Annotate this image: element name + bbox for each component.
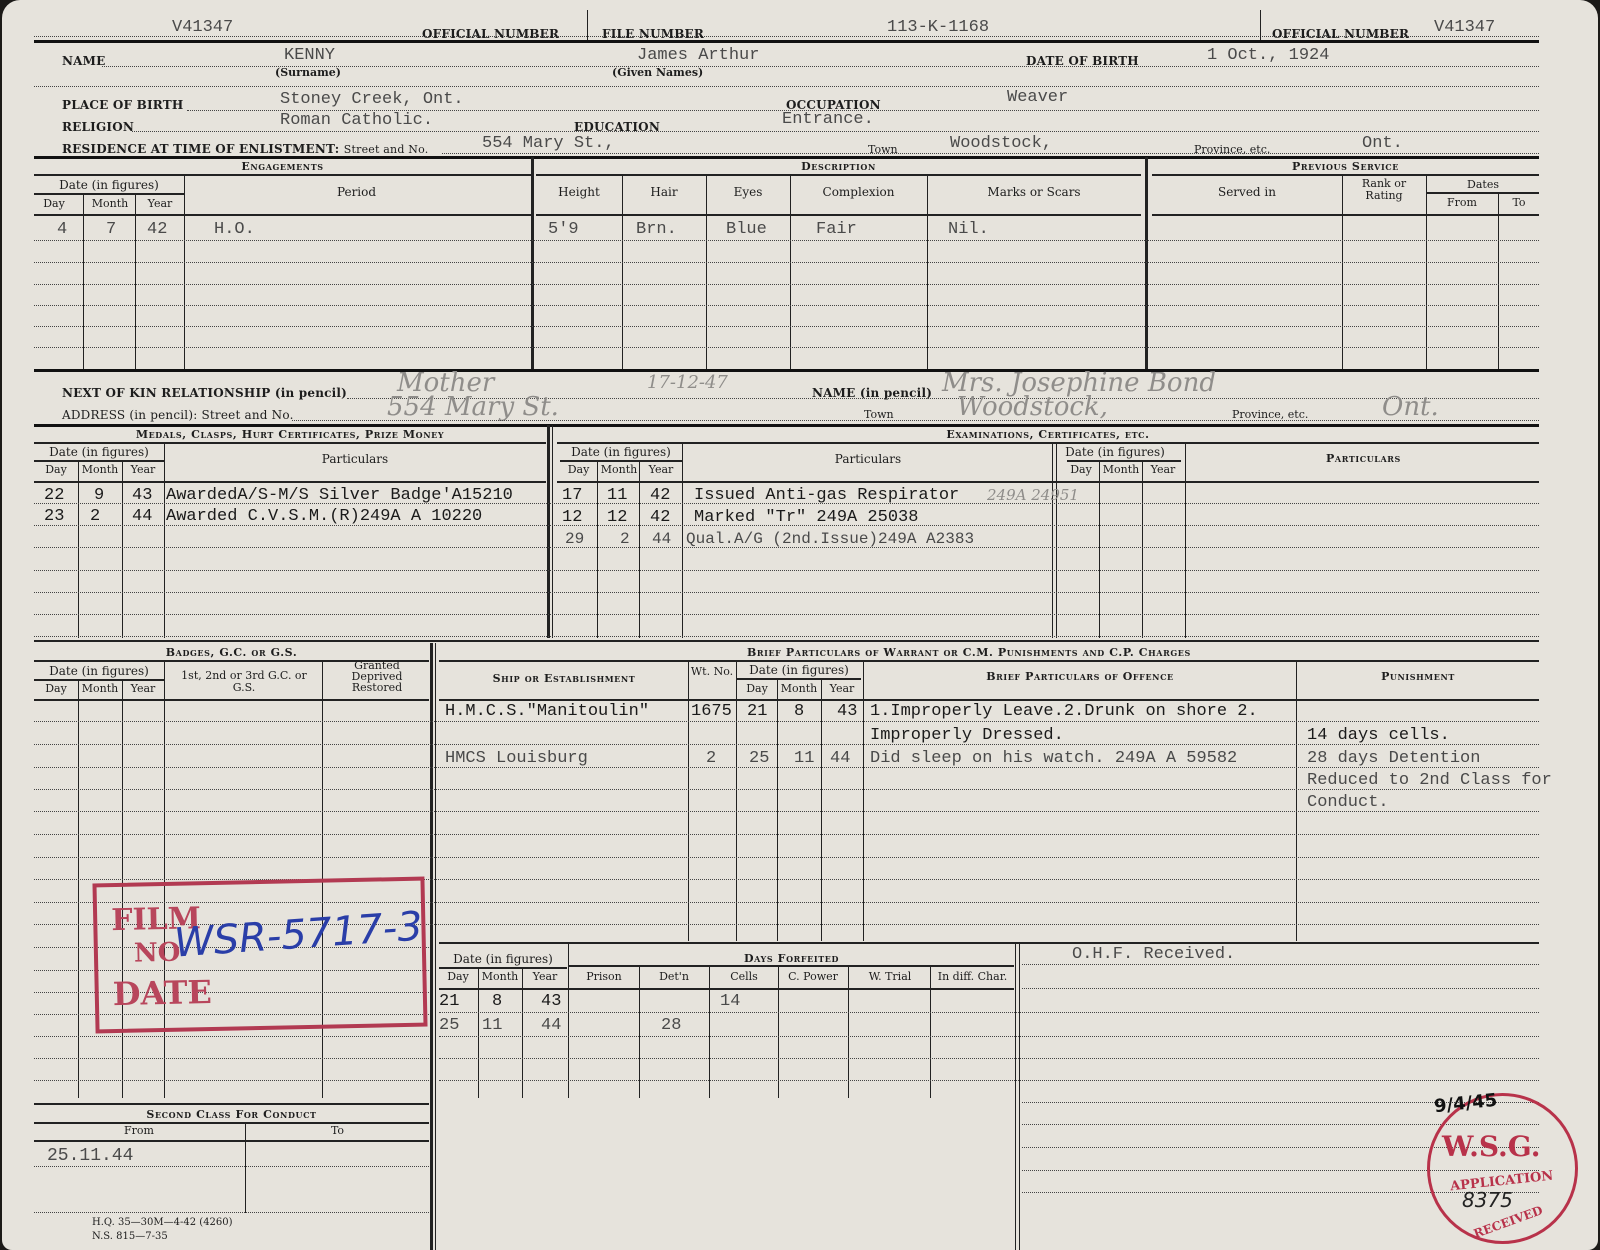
- badges-day-header: Day: [34, 682, 78, 695]
- education: Entrance.: [782, 110, 874, 129]
- engagement-day: 4: [57, 220, 67, 239]
- punishment-row-1-offence-1: 1.Improperly Leave.2.Drunk on shore 2.: [870, 702, 1258, 721]
- second-class-from-label: From: [34, 1124, 244, 1137]
- exam-particulars-header: Particulars: [684, 452, 1052, 466]
- forfeit-date-label: Date (in figures): [439, 952, 567, 966]
- second-class-title: Second Class For Conduct: [34, 1108, 429, 1121]
- medal-row-2-month: 2: [90, 507, 100, 526]
- medal-row-2-particulars: Awarded C.V.S.M.(R)249A A 10220: [166, 507, 482, 526]
- complexion-header: Complexion: [790, 185, 927, 199]
- residence-province: Ont.: [1362, 134, 1403, 153]
- forfeit-row-2-year: 44: [541, 1016, 561, 1035]
- offence-header: Brief Particulars of Offence: [865, 670, 1295, 683]
- exam2-particulars-header: Particulars: [1188, 452, 1539, 465]
- eyes-value: Blue: [726, 220, 767, 239]
- hair-header: Hair: [622, 185, 706, 199]
- days-forfeited-title: Days Forfeited: [569, 952, 1014, 965]
- date-of-birth: 1 Oct., 1924: [1207, 46, 1329, 65]
- engagements-year-header: Year: [136, 197, 184, 210]
- from-header: From: [1427, 196, 1497, 209]
- place-of-birth-label: PLACE OF BIRTH: [62, 98, 183, 112]
- punishment-row-1-ship: H.M.C.S."Manitoulin": [445, 702, 649, 721]
- punishment-day-header: Day: [737, 682, 777, 695]
- exam2-year-header: Year: [1142, 463, 1184, 476]
- badges-gc-header: 1st, 2nd or 3rd G.C. or G.S.: [174, 670, 314, 694]
- punishment-row-2-punishment-1: 28 days Detention: [1307, 749, 1480, 768]
- medal-row-2-day: 23: [44, 507, 64, 526]
- punishment-row-2-punishment-2: Reduced to 2nd Class for: [1307, 771, 1552, 790]
- exam-year-header: Year: [640, 463, 682, 476]
- engagements-period-header: Period: [184, 185, 529, 199]
- forfeit-row-1-month: 8: [492, 992, 502, 1011]
- exam-day-header: Day: [560, 463, 597, 476]
- medals-month-header: Month: [78, 463, 122, 476]
- forfeit-month-header: Month: [479, 970, 521, 983]
- punishment-row-1-wt: 1675: [691, 702, 732, 721]
- medals-particulars-header: Particulars: [164, 452, 546, 466]
- nok-date-note: 17-12-47: [647, 372, 728, 393]
- residence-province-label: Province, etc.: [1194, 143, 1270, 156]
- engagement-month: 7: [106, 220, 116, 239]
- punishment-row-2-punishment-3: Conduct.: [1307, 793, 1389, 812]
- dates-header: Dates: [1427, 178, 1539, 191]
- forfeit-row-1-year: 43: [541, 992, 561, 1011]
- official-number-label: OFFICIAL NUMBER: [422, 27, 559, 41]
- form-number-2: N.S. 815—7-35: [92, 1231, 168, 1242]
- hair-value: Brn.: [636, 220, 677, 239]
- given-names: James Arthur: [637, 46, 759, 65]
- file-number-label: FILE NUMBER: [602, 27, 704, 41]
- wt-header: Wt. No.: [690, 666, 734, 678]
- exam-row-3-day: 29: [565, 530, 584, 548]
- second-class-to-label: To: [246, 1124, 429, 1137]
- ship-header: Ship or Establishment: [439, 672, 689, 685]
- nok-street: 554 Mary St.: [387, 392, 559, 422]
- punishment-row-2-day: 25: [749, 749, 769, 768]
- punishment-header: Punishment: [1297, 670, 1539, 683]
- official-number-right: V41347: [1434, 18, 1495, 37]
- w-trial-header: W. Trial: [849, 970, 931, 983]
- marks-value: Nil.: [948, 220, 989, 239]
- nok-address-label: ADDRESS (in pencil): Street and No.: [62, 408, 294, 422]
- exam-month-header: Month: [598, 463, 640, 476]
- cells-header: Cells: [709, 970, 779, 983]
- official-number-right-label: OFFICIAL NUMBER: [1272, 27, 1409, 41]
- marks-header: Marks or Scars: [927, 185, 1141, 199]
- engagement-year: 42: [147, 220, 167, 239]
- exam-date-label: Date (in figures): [560, 445, 682, 459]
- complexion-value: Fair: [816, 220, 857, 239]
- forfeit-row-2-day: 25: [439, 1016, 459, 1035]
- forfeit-row-2-month: 11: [482, 1016, 502, 1035]
- medal-row-2-year: 44: [132, 507, 152, 526]
- medals-day-header: Day: [34, 463, 78, 476]
- nok-relationship-label: NEXT OF KIN RELATIONSHIP (in pencil): [62, 386, 347, 400]
- punishment-row-1-day: 21: [747, 702, 767, 721]
- height-value: 5'9: [548, 220, 579, 239]
- description-title: Description: [536, 160, 1141, 173]
- served-in-header: Served in: [1152, 185, 1342, 199]
- exam2-date-label: Date (in figures): [1059, 445, 1171, 459]
- punishments-title: Brief Particulars of Warrant or C.M. Pun…: [747, 646, 1191, 659]
- ohf-note: O.H.F. Received.: [1072, 945, 1235, 964]
- exam-row-3-particulars: Qual.A/G (2nd.Issue)249A A2383: [686, 530, 974, 548]
- punishment-row-2-year: 44: [830, 749, 850, 768]
- official-number-left: V41347: [172, 18, 233, 37]
- to-header: To: [1499, 196, 1539, 209]
- forfeit-row-1-cells: 14: [720, 992, 740, 1011]
- punishment-month-header: Month: [777, 682, 821, 695]
- previous-service-title: Previous Service: [1152, 160, 1539, 173]
- exam-row-3-year: 44: [652, 530, 671, 548]
- residence-street: 554 Mary St.,: [482, 134, 615, 153]
- punishment-date-label: Date (in figures): [737, 663, 861, 677]
- punishment-row-1-year: 43: [837, 702, 857, 721]
- badges-granted-header: Granted Deprived Restored: [332, 660, 422, 693]
- place-of-birth: Stoney Creek, Ont.: [280, 90, 464, 109]
- punishment-row-2-offence: Did sleep on his watch. 249A A 59582: [870, 749, 1237, 768]
- forfeit-day-header: Day: [439, 970, 477, 983]
- examinations-title: Examinations, Certificates, etc.: [557, 428, 1539, 441]
- punishment-row-2-month: 11: [794, 749, 814, 768]
- eyes-header: Eyes: [706, 185, 790, 199]
- exam2-month-header: Month: [1100, 463, 1142, 476]
- badges-title: Badges, G.C. or G.S.: [34, 646, 429, 659]
- punishment-row-2-ship: HMCS Louisburg: [445, 749, 588, 768]
- name-label: NAME: [62, 54, 106, 68]
- residence-town: Woodstock,: [950, 134, 1052, 153]
- second-class-from: 25.11.44: [47, 1146, 133, 1166]
- surname: KENNY: [284, 46, 335, 65]
- detn-header: Det'n: [639, 970, 709, 983]
- engagements-title: Engagements: [34, 160, 531, 173]
- punishment-row-2-wt: 2: [706, 749, 716, 768]
- height-header: Height: [536, 185, 622, 199]
- c-power-header: C. Power: [779, 970, 847, 983]
- badges-year-header: Year: [122, 682, 164, 695]
- punishment-row-1-month: 8: [794, 702, 804, 721]
- exam-pencil-note: 249A 24951: [987, 486, 1079, 504]
- religion-label: RELIGION: [62, 120, 134, 134]
- dob-label: DATE OF BIRTH: [1026, 54, 1139, 68]
- nok-town: Woodstock,: [957, 392, 1108, 422]
- medals-date-label: Date (in figures): [34, 445, 164, 459]
- medals-title: Medals, Clasps, Hurt Certificates, Prize…: [34, 428, 546, 441]
- medals-year-header: Year: [122, 463, 164, 476]
- in-diff-char-header: In diff. Char.: [931, 970, 1014, 983]
- forfeit-row-1-day: 21: [439, 992, 459, 1011]
- residence-label: RESIDENCE AT TIME OF ENLISTMENT: Street …: [62, 142, 428, 156]
- engagements-date-label: Date (in figures): [34, 178, 184, 192]
- punishment-year-header: Year: [821, 682, 863, 695]
- occupation: Weaver: [1007, 88, 1068, 107]
- residence-town-label: Town: [868, 143, 898, 156]
- service-record-card: V41347 OFFICIAL NUMBER FILE NUMBER 113-K…: [2, 0, 1598, 1250]
- given-names-caption: (Given Names): [612, 66, 703, 79]
- engagement-period: H.O.: [214, 220, 255, 239]
- religion: Roman Catholic.: [280, 111, 433, 130]
- exam-row-3-month: 2: [620, 530, 630, 548]
- nok-province: Ont.: [1382, 392, 1439, 422]
- wsg-stamp-initials: W.S.G.: [1442, 1130, 1540, 1163]
- punishment-row-1-offence-2: Improperly Dressed.: [870, 726, 1064, 745]
- exam2-day-header: Day: [1062, 463, 1100, 476]
- punishment-row-1-punishment: 14 days cells.: [1307, 726, 1450, 745]
- prison-header: Prison: [569, 970, 639, 983]
- forfeit-row-2-detn: 28: [661, 1016, 681, 1035]
- forfeit-year-header: Year: [523, 970, 567, 983]
- wsg-number-handwritten: 8375: [1462, 1188, 1513, 1212]
- engagements-day-header: Day: [34, 197, 74, 210]
- rank-header: Rank or Rating: [1344, 178, 1424, 202]
- film-stamp-date: DATE: [112, 973, 212, 1013]
- badges-month-header: Month: [78, 682, 122, 695]
- badges-date-label: Date (in figures): [34, 664, 164, 678]
- surname-caption: (Surname): [275, 66, 341, 79]
- form-number-1: H.Q. 35—30M—4-42 (4260): [92, 1217, 233, 1228]
- file-number: 113-K-1168: [887, 18, 989, 37]
- engagements-month-header: Month: [84, 197, 136, 210]
